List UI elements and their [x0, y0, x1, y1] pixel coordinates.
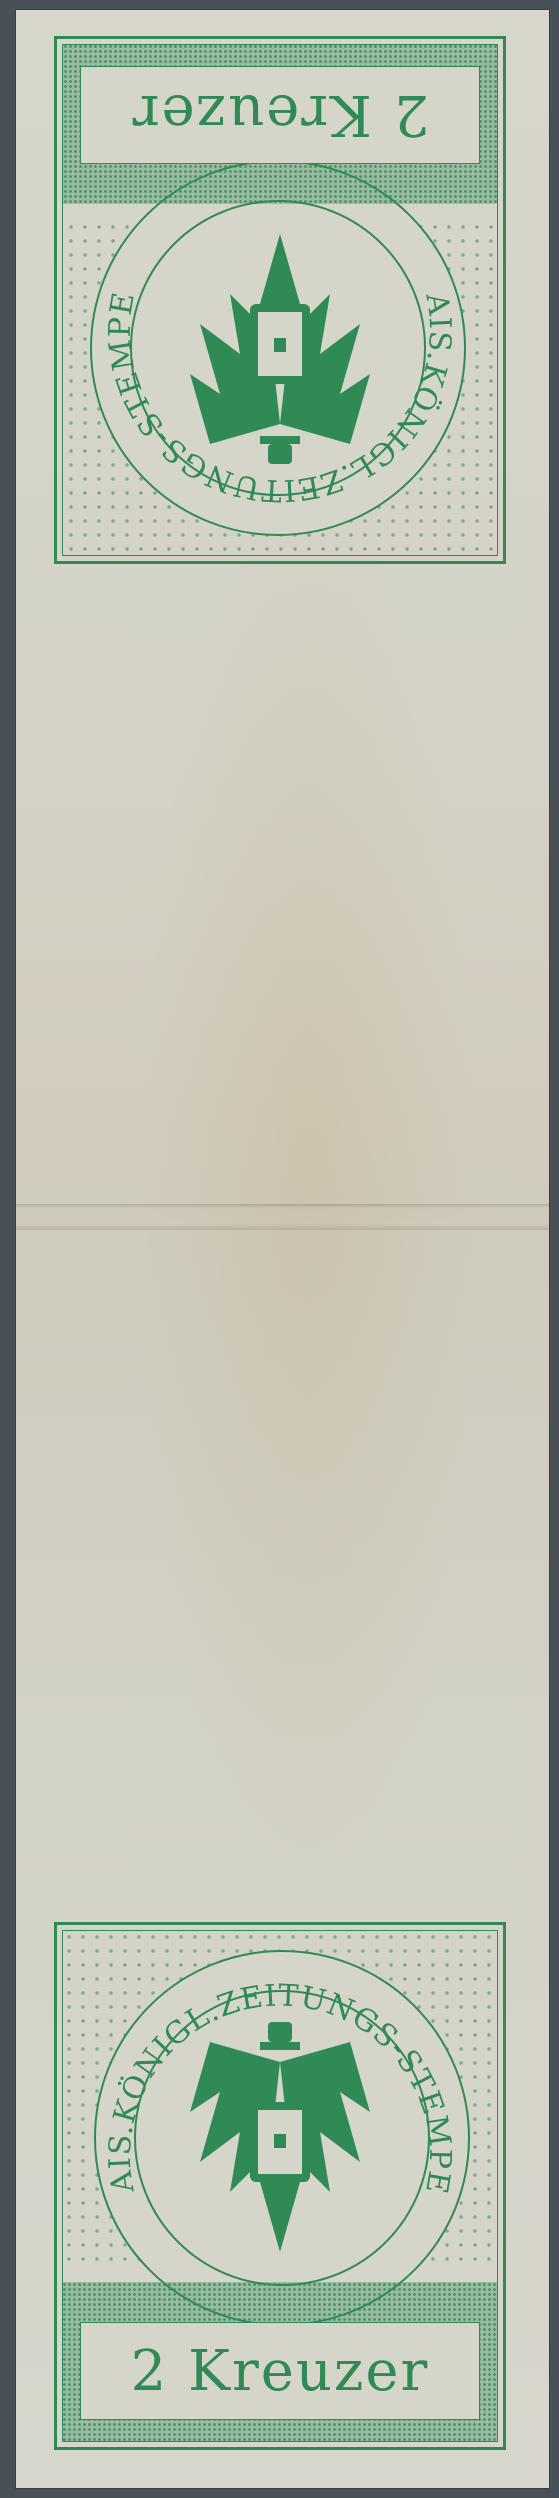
value-tablet: 2 Kreuzer	[80, 66, 480, 164]
value-label: 2 Kreuzer	[131, 83, 430, 148]
stamp-bottom-upright: KAIS.KÖNIGL.ZEITUNGS-STEMPEL 2 Kreuzer	[54, 1922, 506, 2450]
double-headed-eagle-icon	[180, 2022, 380, 2262]
paper-fold-crease	[16, 1204, 549, 1230]
double-headed-eagle-icon	[180, 224, 380, 464]
value-label: 2 Kreuzer	[131, 2339, 430, 2404]
value-tablet: 2 Kreuzer	[80, 2322, 480, 2420]
stamp-top-inverted: KAIS.KÖNIGL.ZEITUNGS-STEMPEL 2 Kreuzer	[54, 36, 506, 564]
